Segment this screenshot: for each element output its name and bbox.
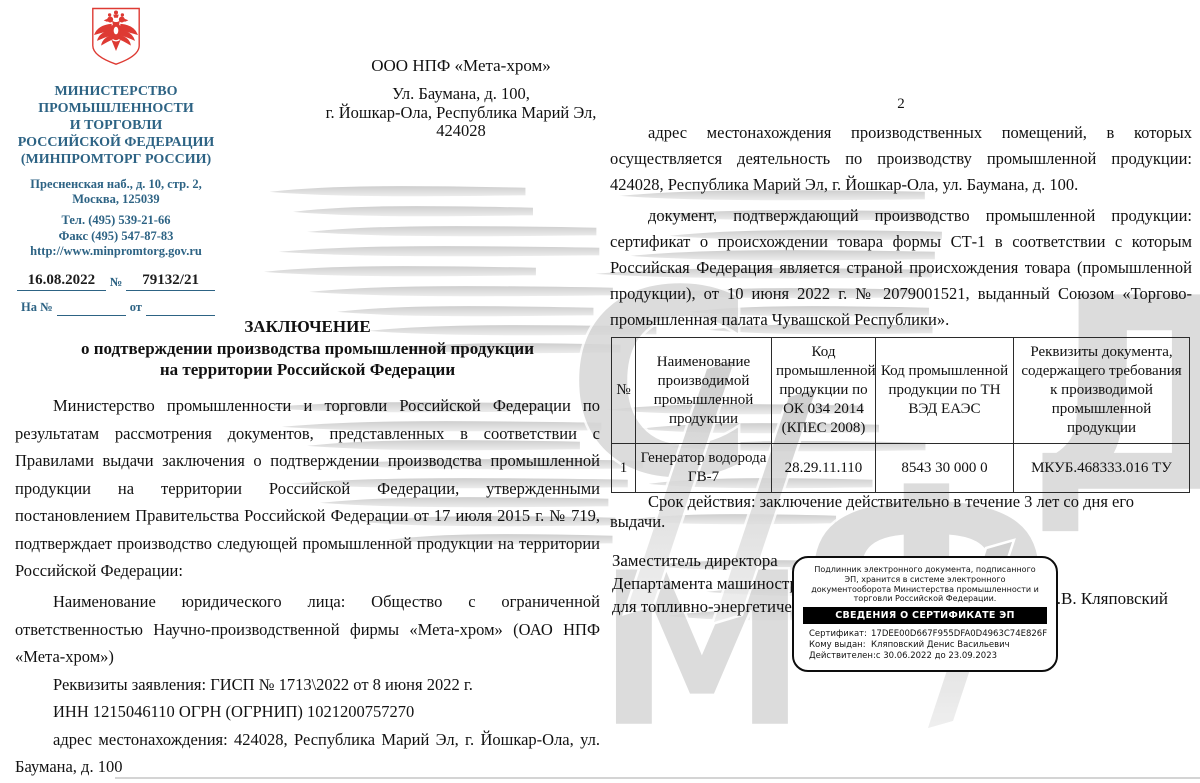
ref-label-ot: от xyxy=(126,300,146,316)
table-cell: 28.29.11.110 xyxy=(772,444,876,493)
ministry-address: Пресненская наб., д. 10, стр. 2, Москва,… xyxy=(15,177,217,207)
table-header-row: № Наименование производимой промышленной… xyxy=(612,338,1190,444)
body-paragraph: документ, подтверждающий производство пр… xyxy=(610,203,1192,333)
body-paragraph: адрес местонахождения: 424028, Республик… xyxy=(15,726,600,781)
document-page: С Д Ф М xyxy=(0,0,1200,783)
ministry-name-line: МИНИСТЕРСТВО xyxy=(15,83,217,100)
ministry-name-line: РОССИЙСКОЙ ФЕДЕРАЦИИ xyxy=(15,134,217,151)
table-cell: 1 xyxy=(612,444,636,493)
ministry-website: http://www.minpromtorg.gov.ru xyxy=(15,244,217,260)
body-paragraph: адрес местонахождения производственных п… xyxy=(610,120,1192,198)
body-paragraph: Реквизиты заявления: ГИСП № 1713\2022 от… xyxy=(15,671,600,699)
certificate-value: 17DEE00D667F955DFA0D4963C74E826F xyxy=(871,629,1047,640)
esignature-stamp: Подлинник электронного документа, подпис… xyxy=(792,556,1058,672)
table-header-cell: Код промышленной продукции по ОК 034 201… xyxy=(772,338,876,444)
table-cell: 8543 30 000 0 xyxy=(876,444,1014,493)
certificate-label: Сертификат: xyxy=(809,629,871,640)
validity-statement: Срок действия: заключение действительно … xyxy=(610,492,1192,532)
certificate-number-row: Сертификат: 17DEE00D667F955DFA0D4963C74E… xyxy=(809,629,1056,640)
document-title-line: на территории Российской Федерации xyxy=(15,359,600,381)
recipient-postal-code: 424028 xyxy=(287,122,635,141)
certificate-owner-row: Кому выдан: Кляповский Денис Васильевич xyxy=(809,640,1056,651)
document-title: ЗАКЛЮЧЕНИЕ о подтверждении производства … xyxy=(15,316,600,381)
ref-label-na: На № xyxy=(17,300,57,316)
recipient-name: ООО НПФ «Мета-хром» xyxy=(287,56,635,76)
table-row: 1 Генератор водорода ГВ-7 28.29.11.110 8… xyxy=(612,444,1190,493)
signer-name: Д.В. Кляповский xyxy=(1045,589,1168,609)
ref-date-blank xyxy=(146,301,215,316)
document-title-line: ЗАКЛЮЧЕНИЕ xyxy=(15,316,600,338)
doc-date-number-row: 16.08.2022 № 79132/21 xyxy=(17,272,215,291)
ministry-name-line: И ТОРГОВЛИ xyxy=(15,117,217,134)
recipient-block: ООО НПФ «Мета-хром» Ул. Баумана, д. 100,… xyxy=(287,56,635,141)
table-cell: МКУБ.468333.016 ТУ xyxy=(1014,444,1190,493)
document-title-line: о подтверждении производства промышленно… xyxy=(15,338,600,360)
ministry-name-line: (МИНПРОМТОРГ РОССИИ) xyxy=(15,151,217,168)
ministry-phone: Тел. (495) 539-21-66 xyxy=(15,213,217,229)
table-header-cell: Реквизиты документа, содержащего требова… xyxy=(1014,338,1190,444)
owner-value: Кляповский Денис Васильевич xyxy=(871,640,1010,651)
ministry-contacts: Тел. (495) 539-21-66 Факс (495) 547-87-8… xyxy=(15,213,217,260)
ministry-name: МИНИСТЕРСТВО ПРОМЫШЛЕННОСТИ И ТОРГОВЛИ Р… xyxy=(15,83,217,168)
table-header-cell: № xyxy=(612,338,636,444)
number-sign: № xyxy=(106,275,127,291)
body-paragraph: Министерство промышленности и торговли Р… xyxy=(15,392,600,585)
page-number: 2 xyxy=(610,96,1192,113)
doc-date: 16.08.2022 xyxy=(17,272,106,291)
page-1: МИНИСТЕРСТВО ПРОМЫШЛЕННОСТИ И ТОРГОВЛИ Р… xyxy=(15,0,600,783)
owner-label: Кому выдан: xyxy=(809,640,871,651)
ministry-letterhead: МИНИСТЕРСТВО ПРОМЫШЛЕННОСТИ И ТОРГОВЛИ Р… xyxy=(15,6,217,316)
table-cell: Генератор водорода ГВ-7 xyxy=(636,444,772,493)
table-header-cell: Код промышленной продукции по ТН ВЭД ЕАЭ… xyxy=(876,338,1014,444)
coat-of-arms-icon xyxy=(87,6,145,69)
ministry-fax: Факс (495) 547-87-83 xyxy=(15,229,217,245)
bottom-divider xyxy=(115,777,1200,779)
product-table: № Наименование производимой промышленной… xyxy=(611,337,1190,493)
ref-number-blank xyxy=(57,301,126,316)
body-paragraph: Наименование юридического лица: Общество… xyxy=(15,588,600,671)
ministry-name-line: ПРОМЫШЛЕННОСТИ xyxy=(15,100,217,117)
recipient-address-line: г. Йошкар-Ола, Республика Марий Эл, xyxy=(287,104,635,123)
validity-label: Действителен: xyxy=(809,651,876,662)
esignature-stamp-title-bar: СВЕДЕНИЯ О СЕРТИФИКАТЕ ЭП xyxy=(803,607,1047,624)
validity-value: с 30.06.2022 до 23.09.2023 xyxy=(876,651,997,662)
body-paragraph: ИНН 1215046110 ОГРН (ОГРНИП) 10212007572… xyxy=(15,698,600,726)
certificate-validity-row: Действителен: с 30.06.2022 до 23.09.2023 xyxy=(809,651,1056,662)
doc-number: 79132/21 xyxy=(126,272,215,291)
recipient-address-line: Ул. Баумана, д. 100, xyxy=(287,85,635,104)
esignature-certificate-details: Сертификат: 17DEE00D667F955DFA0D4963C74E… xyxy=(809,629,1056,662)
page-2: 2 адрес местонахождения производственных… xyxy=(610,0,1192,783)
table-header-cell: Наименование производимой промышленной п… xyxy=(636,338,772,444)
esignature-stamp-header: Подлинник электронного документа, подпис… xyxy=(806,565,1044,604)
doc-reference-row: На № от xyxy=(17,300,215,316)
